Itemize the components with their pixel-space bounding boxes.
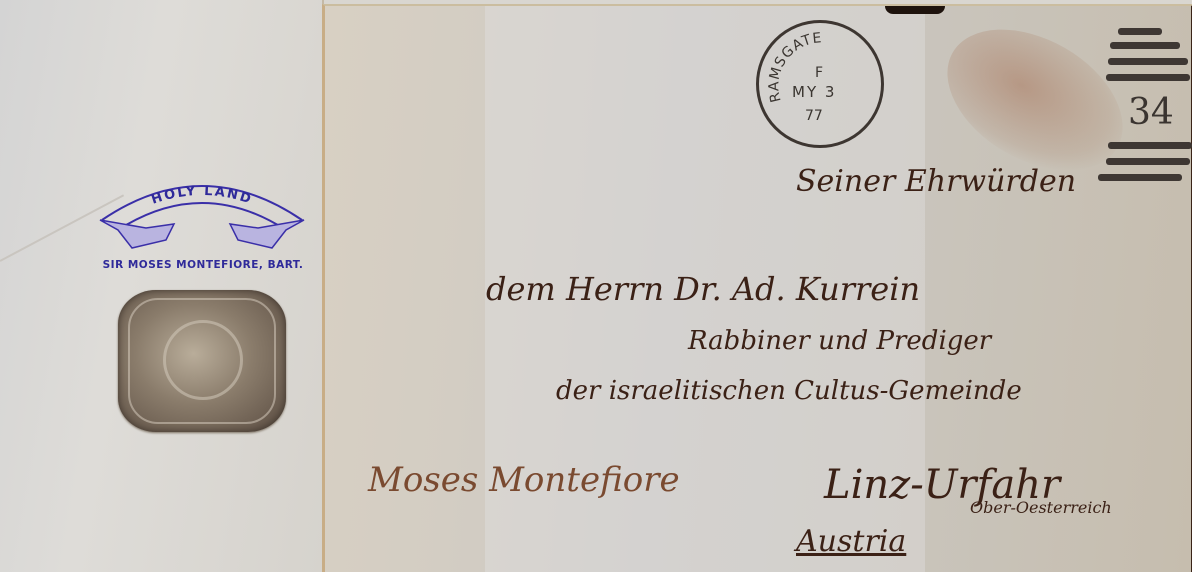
address-country: Austria: [796, 524, 906, 559]
address-recipient: dem Herrn Dr. Ad. Kurrein: [486, 270, 920, 308]
cancel-bar: [1108, 142, 1192, 149]
postmark-date: MY 3: [792, 83, 836, 101]
postmark-code: F: [815, 65, 823, 81]
holy-land-imprint: HOLY LAND SIR MOSES MONTEFIORE, BART.: [92, 166, 312, 286]
imprint-name-line: SIR MOSES MONTEFIORE, BART.: [88, 259, 318, 271]
embossed-seal: [118, 290, 286, 432]
numeral-cancel: 34: [1098, 28, 1192, 190]
cancel-bar: [1098, 174, 1182, 181]
cancel-bar: [1118, 28, 1162, 35]
ramsgate-postmark: RAMSGATE F MY 3 77: [756, 20, 884, 148]
cancel-number: 34: [1128, 92, 1174, 133]
seal-crest-icon: [163, 320, 243, 400]
address-congregation: der israelitischen Cultus-Gemeinde: [556, 376, 1022, 406]
cancel-bar: [1110, 42, 1180, 49]
svg-text:HOLY LAND: HOLY LAND: [150, 184, 255, 208]
postmark-year: 77: [805, 108, 823, 124]
address-region: Ober-Oesterreich: [970, 498, 1112, 517]
envelope: HOLY LAND SIR MOSES MONTEFIORE, BART. RA…: [0, 0, 1192, 572]
cancel-bar: [1108, 58, 1188, 65]
torn-edge: [885, 6, 945, 14]
sender-signature: Moses Montefiore: [368, 460, 680, 500]
address-honorific: Seiner Ehrwürden: [796, 164, 1076, 199]
envelope-back-flap: [0, 0, 324, 572]
cancel-bar: [1106, 158, 1190, 165]
ribbon-banner-icon: HOLY LAND: [92, 166, 312, 256]
address-title: Rabbiner und Prediger: [688, 326, 991, 356]
cancel-bar: [1106, 74, 1190, 81]
